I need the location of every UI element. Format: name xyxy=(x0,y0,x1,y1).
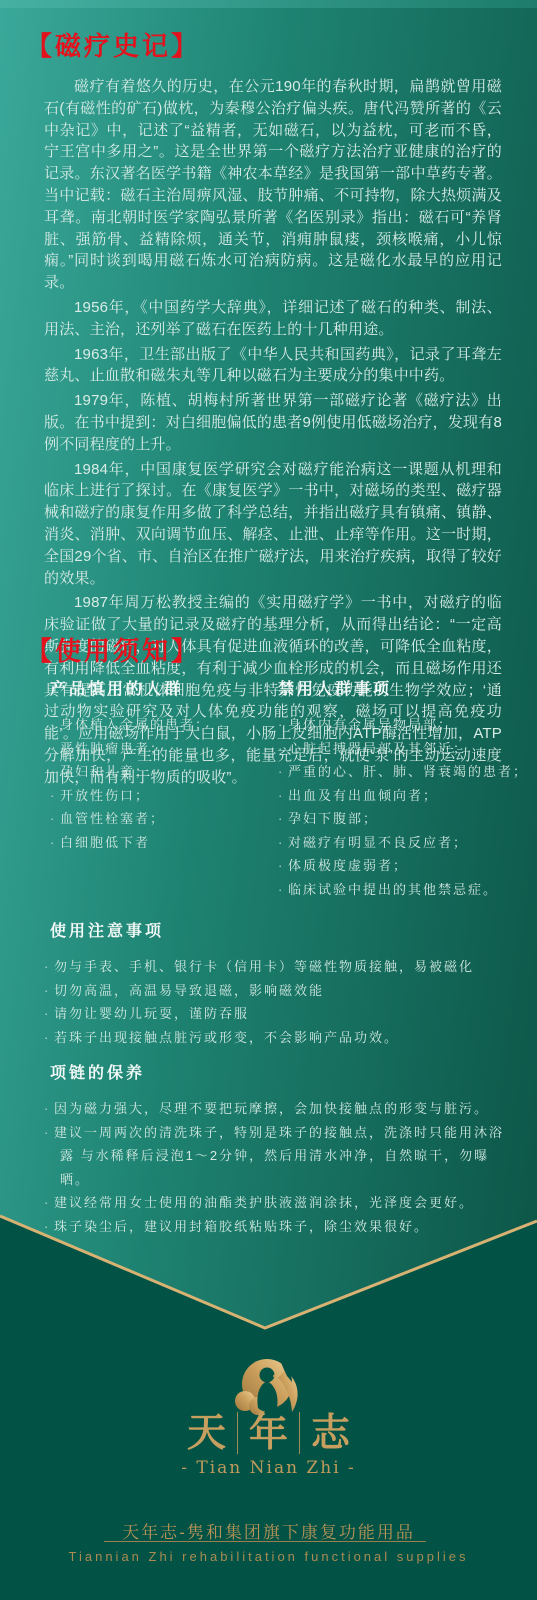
list-item-text: 身体植入金属的患者； xyxy=(60,717,210,732)
caution-list: ·身体植入金属的患者； ·恶性肿瘤患者； ·孕妇和儿童； ·开放性伤口； ·血管… xyxy=(50,713,265,854)
list-item-text: 切勿高温，高温易导致退磁，影响磁效能 xyxy=(54,983,324,998)
list-item-text: 血管性栓塞者； xyxy=(60,811,165,826)
list-item: ·孕妇和儿童； xyxy=(50,760,265,784)
bullet-dot: · xyxy=(278,737,288,761)
bullet-dot: · xyxy=(44,1121,54,1145)
usage-section-title: 【使用须知】 xyxy=(26,638,200,664)
list-item-text: 若珠子出现接触点脏污或形变，不会影响产品功效。 xyxy=(54,1030,399,1045)
list-item-text: 对磁疗有明显不良反应者； xyxy=(288,835,468,850)
bullet-dot: · xyxy=(278,713,288,737)
list-item: ·因为磁力强大，尽理不要把玩摩擦，会加快接触点的形变与脏污。 xyxy=(44,1097,512,1121)
bullet-dot: · xyxy=(44,1097,54,1121)
history-paragraph: 1984年，中国康复医学研究会对磁疗能治病这一课题从机理和临床上进行了探讨。在《… xyxy=(44,459,502,590)
list-item: ·身体植入金属的患者； xyxy=(50,713,265,737)
care-group-title: 项链的保养 xyxy=(50,1060,512,1083)
bullet-dot: · xyxy=(44,955,54,979)
list-item: ·开放性伤口； xyxy=(50,784,265,808)
brand-line-cn: 天年志-隽和集团旗下康复功能用品 xyxy=(0,1518,537,1543)
list-item: ·体质极度虚弱者； xyxy=(278,854,518,878)
poster-page: 【磁疗史记】 磁疗有着悠久的历史，在公元190年的春秋时期，扁鹊就曾用磁石(有磁… xyxy=(0,0,537,1600)
list-item-text: 严重的心、肝、肺、肾衰竭的患者； xyxy=(288,764,528,779)
attention-group-title: 使用注意事项 xyxy=(50,918,510,941)
bullet-dot: · xyxy=(278,760,288,784)
bullet-dot: · xyxy=(44,979,54,1003)
list-item: ·血管性栓塞者； xyxy=(50,807,265,831)
logo-char: 天 xyxy=(187,1412,226,1455)
history-paragraph: 1979年，陈植、胡梅村所著世界第一部磁疗论著《磁疗法》出版。在书中提到：对白细… xyxy=(44,390,502,455)
bullet-dot: · xyxy=(44,1026,54,1050)
list-item: ·若珠子出现接触点脏污或形变，不会影响产品功效。 xyxy=(44,1026,510,1050)
list-item-text: 出血及有出血倾向者； xyxy=(288,788,438,803)
crane-cloud-logo-icon xyxy=(228,1356,308,1418)
forbidden-list: ·身体内有金属异物局部； ·心脏起搏器局部及其邻近； ·严重的心、肝、肺、肾衰竭… xyxy=(278,713,518,901)
logo-pinyin: - Tian Nian Zhi - xyxy=(0,1458,537,1478)
brand-line-en: Tiannian Zhi rehabilitation functional s… xyxy=(0,1549,537,1564)
list-item: ·严重的心、肝、肺、肾衰竭的患者； xyxy=(278,760,518,784)
history-paragraph: 磁疗有着悠久的历史，在公元190年的春秋时期，扁鹊就曾用磁石(有磁性的矿石)做枕… xyxy=(44,76,502,294)
list-item: ·切勿高温，高温易导致退磁，影响磁效能 xyxy=(44,979,510,1003)
list-item: ·勿与手表、手机、银行卡（信用卡）等磁性物质接触，易被磁化 xyxy=(44,955,510,979)
list-item-text: 因为磁力强大，尽理不要把玩摩擦，会加快接触点的形变与脏污。 xyxy=(54,1101,489,1116)
logo-separator xyxy=(299,1412,300,1454)
bullet-dot: · xyxy=(50,760,60,784)
list-item-text: 孕妇和儿童； xyxy=(60,764,150,779)
bullet-dot: · xyxy=(278,784,288,808)
history-paragraph: 1956年，《中国药学大辞典》，详细记述了磁石的种类、制法、用法、主治，还列举了… xyxy=(44,297,502,341)
list-item: ·请勿让婴幼儿玩耍，谨防吞服 xyxy=(44,1002,510,1026)
list-item-text: 恶性肿瘤患者； xyxy=(60,741,165,756)
bullet-dot: · xyxy=(50,737,60,761)
brand-divider-line xyxy=(104,1541,426,1542)
caution-group-title: 产品慎用的人群 xyxy=(50,676,265,699)
bullet-dot: · xyxy=(50,831,60,855)
logo-separator xyxy=(237,1412,238,1454)
list-item: ·对磁疗有明显不良反应者； xyxy=(278,831,518,855)
bullet-dot: · xyxy=(50,713,60,737)
list-item-text: 体质极度虚弱者； xyxy=(288,858,408,873)
list-item: ·身体内有金属异物局部； xyxy=(278,713,518,737)
list-item-text: 孕妇下腹部； xyxy=(288,811,378,826)
logo-char: 年 xyxy=(249,1412,288,1455)
caution-group: 产品慎用的人群 ·身体植入金属的患者； ·恶性肿瘤患者； ·孕妇和儿童； ·开放… xyxy=(50,676,265,854)
list-item-text: 心脏起搏器局部及其邻近； xyxy=(288,741,468,756)
list-item-text: 身体内有金属异物局部； xyxy=(288,717,453,732)
bullet-dot: · xyxy=(278,831,288,855)
list-item: ·出血及有出血倾向者； xyxy=(278,784,518,808)
forbidden-group-title: 禁用人群事项 xyxy=(278,676,518,699)
logo-wordmark: 天 年 志 xyxy=(0,1412,537,1455)
bullet-dot: · xyxy=(50,807,60,831)
list-item: ·白细胞低下者 xyxy=(50,831,265,855)
list-item-text: 开放性伤口； xyxy=(60,788,150,803)
bullet-dot: · xyxy=(278,854,288,878)
list-item-text: 勿与手表、手机、银行卡（信用卡）等磁性物质接触，易被磁化 xyxy=(54,959,474,974)
logo-char: 志 xyxy=(311,1412,350,1455)
history-paragraph: 1963年，卫生部出版了《中华人民共和国药典》，记录了耳聋左慈丸、止血散和磁朱丸… xyxy=(44,344,502,388)
list-item: ·心脏起搏器局部及其邻近； xyxy=(278,737,518,761)
list-item-text: 临床试验中提出的其他禁忌症。 xyxy=(288,882,498,897)
forbidden-group: 禁用人群事项 ·身体内有金属异物局部； ·心脏起搏器局部及其邻近； ·严重的心、… xyxy=(278,676,518,901)
top-edge-strip xyxy=(0,0,537,8)
bullet-dot: · xyxy=(278,807,288,831)
list-item-text: 白细胞低下者 xyxy=(60,835,150,850)
list-item-text: 请勿让婴幼儿玩耍，谨防吞服 xyxy=(54,1006,249,1021)
bullet-dot: · xyxy=(44,1002,54,1026)
history-section-title: 【磁疗史记】 xyxy=(26,33,200,59)
list-item: ·恶性肿瘤患者； xyxy=(50,737,265,761)
attention-group: 使用注意事项 ·勿与手表、手机、银行卡（信用卡）等磁性物质接触，易被磁化 ·切勿… xyxy=(50,918,510,1049)
attention-list: ·勿与手表、手机、银行卡（信用卡）等磁性物质接触，易被磁化 ·切勿高温，高温易导… xyxy=(44,955,510,1049)
bullet-dot: · xyxy=(50,784,60,808)
list-item: ·孕妇下腹部； xyxy=(278,807,518,831)
bullet-dot: · xyxy=(278,878,288,902)
list-item: ·临床试验中提出的其他禁忌症。 xyxy=(278,878,518,902)
